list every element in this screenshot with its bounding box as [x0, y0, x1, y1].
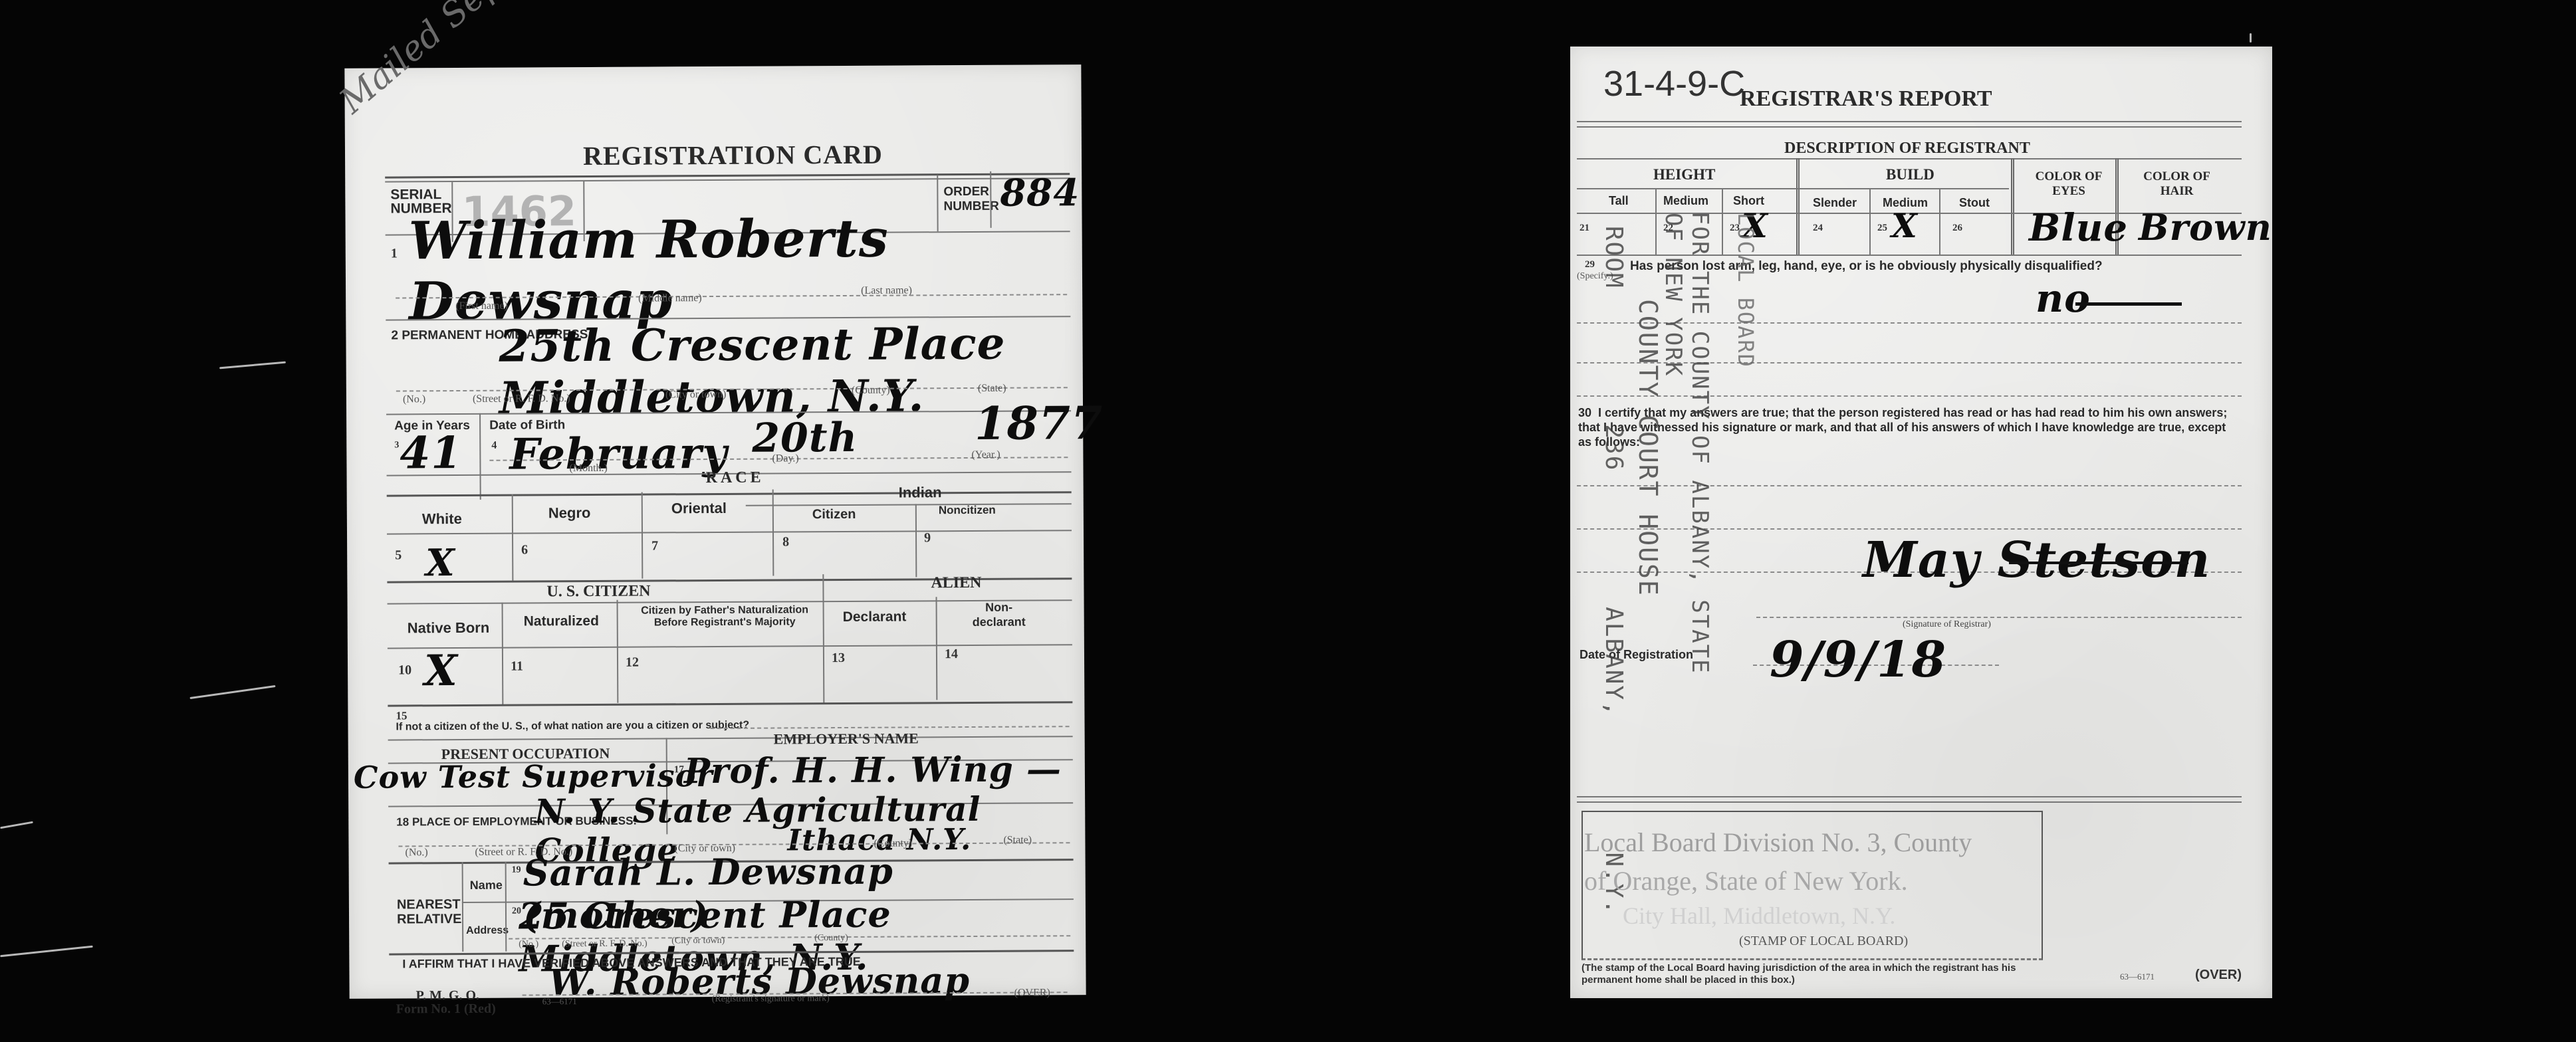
race-white-mark: X [425, 541, 455, 585]
employer-value: Prof. H. H. Wing — [684, 749, 1062, 791]
vertical-stamp-line3: OF NEW YORK [1660, 213, 1687, 377]
registrant-name: William Roberts Dewsnap [408, 207, 1082, 332]
film-scratch [0, 946, 93, 958]
dob-year: 1877 [975, 397, 1104, 451]
pencil-mailed-note: Mailed Sept 10 '18 [332, 0, 611, 122]
report-title: REGISTRAR'S REPORT [1740, 86, 1992, 112]
film-scratch [219, 362, 286, 369]
q15-text: If not a citizen of the U. S., of what n… [396, 720, 749, 734]
local-board-stamp-line2: of Orange, State of New York. [1584, 865, 1908, 896]
hair-color-value: Brown [2139, 206, 2272, 249]
film-scratch [2250, 33, 2252, 43]
native-born-mark: X [424, 646, 458, 696]
local-board-stamp-line1: Local Board Division No. 3, County [1584, 827, 1972, 858]
registrar-signature: May Stetson [1863, 532, 2210, 589]
build-medium-mark: X [1891, 206, 1918, 245]
date-of-registration-label: Date of Registration [1580, 648, 1693, 662]
dob-month: February [509, 429, 727, 480]
vertical-stamp-line4: COUNTY COURT HOUSE [1633, 299, 1663, 597]
stamp-instruction: (The stamp of the Local Board having jur… [1581, 962, 2047, 986]
q30-certification-text: 30 I certify that my answers are true; t… [1578, 405, 2236, 449]
description-heading: DESCRIPTION OF REGISTRANT [1784, 140, 2030, 157]
eye-color-value: Blue [2029, 206, 2128, 250]
film-scratch [189, 685, 275, 699]
vertical-stamp-line1: LOCAL BOARD [1733, 213, 1758, 368]
us-citizen-heading: U. S. CITIZEN [546, 583, 650, 601]
race-heading: RACE [706, 469, 764, 487]
over-label: (OVER) [2195, 968, 2242, 983]
registration-card: Mailed Sept 10 '18 REGISTRATION CARD SER… [344, 64, 1086, 999]
dob-day: 20th [752, 415, 858, 462]
employer-heading: EMPLOYER'S NAME [774, 730, 919, 748]
nearest-relative-label: NEAREST RELATIVE [397, 897, 457, 926]
local-board-stamp-line3: City Hall, Middletown, N.Y. [1623, 902, 1895, 930]
file-code: 31-4-9-C [1603, 63, 1745, 104]
form-name: Form No. 1 (Red) [396, 1001, 496, 1017]
card-title: REGISTRATION CARD [583, 139, 883, 171]
vertical-stamp-line2: FOR THE COUNTY OF ALBANY, STATE [1687, 211, 1713, 675]
date-of-registration-value: 9/9/18 [1770, 631, 1946, 688]
occupation-value: Cow Test Supervisor [354, 758, 713, 795]
age-value: 41 [400, 427, 462, 478]
alien-heading: ALIEN [931, 574, 981, 592]
stamp-caption: (STAMP OF LOCAL BOARD) [1739, 934, 1908, 949]
local-board-stamp-box: Local Board Division No. 3, County of Or… [1581, 811, 2043, 960]
film-scratch [0, 821, 33, 829]
q29-answer: no [2036, 276, 2091, 321]
registrars-report-card: 31-4-9-C REGISTRAR'S REPORT DESCRIPTION … [1570, 47, 2272, 998]
